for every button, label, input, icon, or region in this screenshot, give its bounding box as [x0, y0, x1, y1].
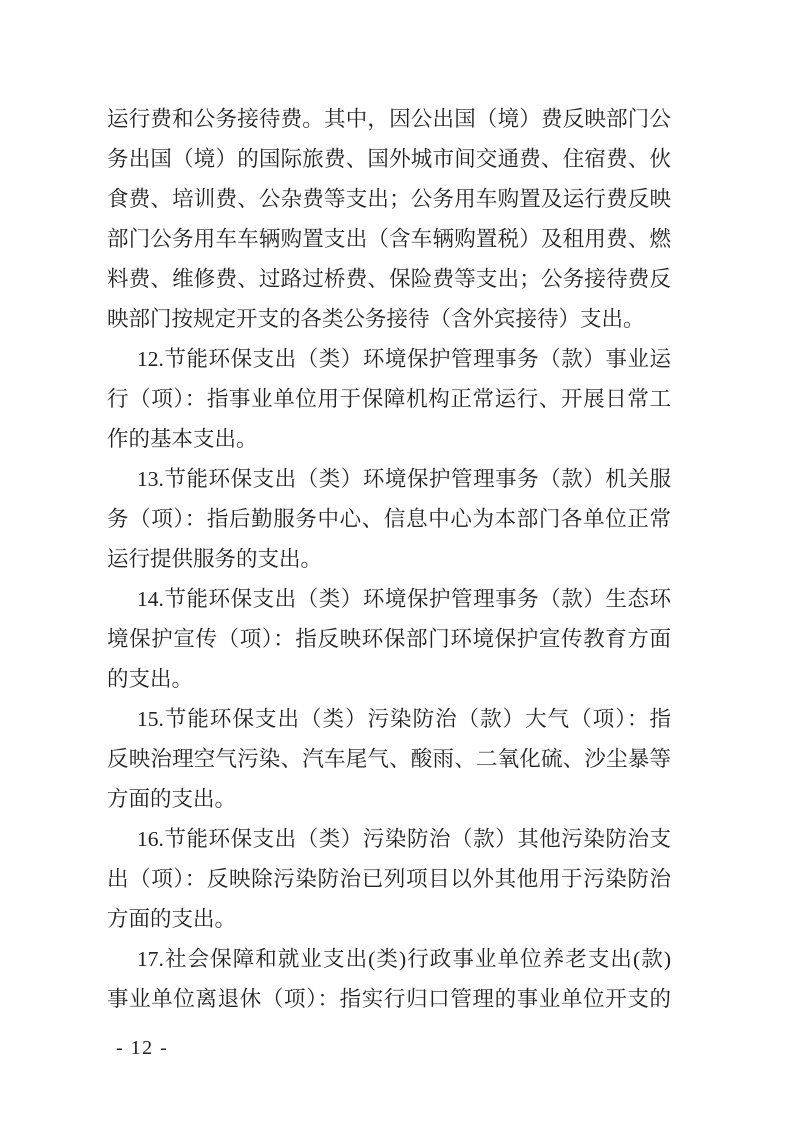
text-line: 17.社会保障和就业支出(类)行政事业单位养老支出(款)	[107, 939, 671, 979]
text-line: 事业单位离退休（项）：指实行归口管理的事业单位开支的	[107, 979, 671, 1019]
text-line: 映部门按规定开支的各类公务接待（含外宾接待）支出。	[107, 299, 671, 339]
text-line: 作的基本支出。	[107, 419, 671, 459]
document-body: 运行费和公务接待费。其中，因公出国（境）费反映部门公务出国（境）的国际旅费、国外…	[107, 99, 671, 1019]
text-line: 食费、培训费、公杂费等支出；公务用车购置及运行费反映	[107, 179, 671, 219]
paragraph: 14.节能环保支出（类）环境保护管理事务（款）生态环境保护宣传（项）：指反映环保…	[107, 579, 671, 699]
text-line: 13.节能环保支出（类）环境保护管理事务（款）机关服	[107, 459, 671, 499]
text-line: 的支出。	[107, 659, 671, 699]
text-line: 反映治理空气污染、汽车尾气、酸雨、二氧化硫、沙尘暴等	[107, 739, 671, 779]
text-line: 12.节能环保支出（类）环境保护管理事务（款）事业运	[107, 339, 671, 379]
text-line: 行（项）：指事业单位用于保障机构正常运行、开展日常工	[107, 379, 671, 419]
text-line: 15.节能环保支出（类）污染防治（款）大气（项）：指	[107, 699, 671, 739]
page-number: - 12 -	[116, 1036, 168, 1060]
text-line: 部门公务用车车辆购置支出（含车辆购置税）及租用费、燃	[107, 219, 671, 259]
paragraph: 运行费和公务接待费。其中，因公出国（境）费反映部门公务出国（境）的国际旅费、国外…	[107, 99, 671, 339]
text-line: 运行提供服务的支出。	[107, 539, 671, 579]
text-line: 出（项）：反映除污染防治已列项目以外其他用于污染防治	[107, 859, 671, 899]
document-page: 运行费和公务接待费。其中，因公出国（境）费反映部门公务出国（境）的国际旅费、国外…	[0, 0, 793, 1122]
text-line: 务（项）：指后勤服务中心、信息中心为本部门各单位正常	[107, 499, 671, 539]
text-line: 方面的支出。	[107, 899, 671, 939]
paragraph: 12.节能环保支出（类）环境保护管理事务（款）事业运行（项）：指事业单位用于保障…	[107, 339, 671, 459]
text-line: 境保护宣传（项）：指反映环保部门环境保护宣传教育方面	[107, 619, 671, 659]
text-line: 料费、维修费、过路过桥费、保险费等支出；公务接待费反	[107, 259, 671, 299]
text-line: 方面的支出。	[107, 779, 671, 819]
text-line: 16.节能环保支出（类）污染防治（款）其他污染防治支	[107, 819, 671, 859]
text-line: 运行费和公务接待费。其中，因公出国（境）费反映部门公	[107, 99, 671, 139]
text-line: 14.节能环保支出（类）环境保护管理事务（款）生态环	[107, 579, 671, 619]
paragraph: 16.节能环保支出（类）污染防治（款）其他污染防治支出（项）：反映除污染防治已列…	[107, 819, 671, 939]
text-line: 务出国（境）的国际旅费、国外城市间交通费、住宿费、伙	[107, 139, 671, 179]
paragraph: 15.节能环保支出（类）污染防治（款）大气（项）：指反映治理空气污染、汽车尾气、…	[107, 699, 671, 819]
paragraph: 17.社会保障和就业支出(类)行政事业单位养老支出(款)事业单位离退休（项）：指…	[107, 939, 671, 1019]
paragraph: 13.节能环保支出（类）环境保护管理事务（款）机关服务（项）：指后勤服务中心、信…	[107, 459, 671, 579]
